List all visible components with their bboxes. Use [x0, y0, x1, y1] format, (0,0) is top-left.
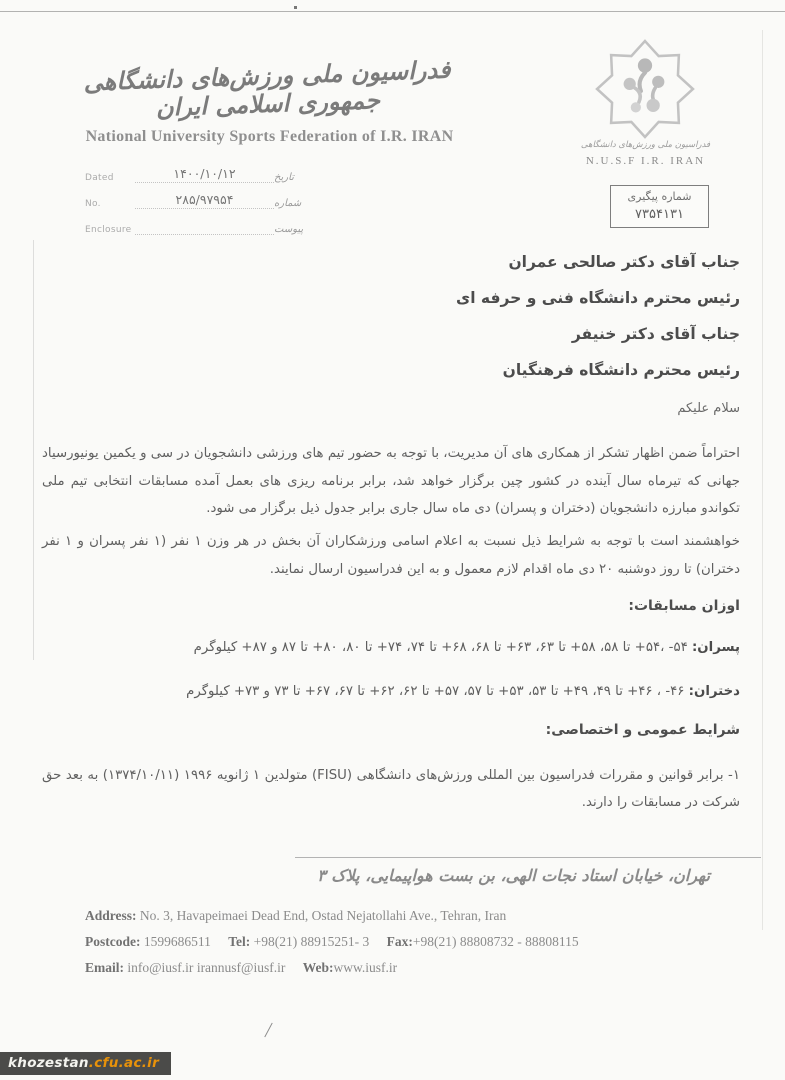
watermark-suffix: .cfu.ac.ir	[89, 1055, 159, 1071]
footer-phone-line: Postcode: 1599686511 Tel: +98(21) 889152…	[85, 929, 745, 955]
body-paragraph-2: خواهشمند است با توجه به شرایط ذیل نسبت ب…	[42, 528, 740, 583]
condition-item-1: ۱- برابر قوانین و مقررات فدراسیون بین ال…	[42, 762, 740, 816]
conditions-heading: شرایط عمومی و اختصاصی:	[546, 722, 740, 738]
recipient-title-1: رئیس محترم دانشگاه فنی و حرفه ای	[300, 280, 740, 316]
meta-row-dated: Dated ۱۴۰۰/۱۰/۱۲ تاریخ	[85, 166, 310, 183]
tracking-number: ۷۳۵۴۱۳۱	[615, 207, 704, 222]
address-label: Address:	[85, 908, 137, 923]
email-label: Email:	[85, 960, 124, 975]
weights-boys-label: پسران:	[692, 640, 740, 655]
postcode-label: Postcode:	[85, 934, 140, 949]
eight-point-star-icon	[594, 38, 696, 140]
weights-girls-values: ۴۶- ، ۴۶+ تا ۴۹، ۴۹+ تا ۵۳، ۵۳+ تا ۵۷، ۵…	[186, 684, 689, 699]
footer-contact-block: Address: No. 3, Havapeimaei Dead End, Os…	[85, 903, 745, 981]
recipient-name-1: جناب آقای دکتر صالحی عمران	[300, 244, 740, 280]
weights-boys-line: پسران: ۵۴- ،۵۴+ تا ۵۸، ۵۸+ تا ۶۳، ۶۳+ تا…	[42, 640, 740, 655]
postcode-value: 1599686511	[144, 934, 211, 949]
enclosure-label-fa: پیوست	[274, 224, 310, 235]
footer-address-fa: تهران، خیابان استاد نجات الهی، بن بست هو…	[317, 866, 710, 885]
scan-top-line	[0, 11, 785, 12]
dated-label-en: Dated	[85, 173, 135, 183]
footer-email-line: Email: info@iusf.ir irannusf@iusf.ir Web…	[85, 955, 745, 981]
scan-slash-artifact	[264, 1023, 272, 1038]
logo-caption-fa: فدراسیون ملی ورزش‌های دانشگاهی	[578, 140, 713, 150]
email-value-2: irannusf@iusf.ir	[197, 960, 286, 975]
footer-divider	[295, 857, 761, 858]
meta-row-number: No. ۲۸۵/۹۷۹۵۴ شماره	[85, 192, 310, 209]
logo-caption-en: N.U.S.F I.R. IRAN	[578, 155, 713, 167]
federation-title-fa: فدراسیون ملی ورزش‌های دانشگاهی جمهوری اس…	[69, 55, 466, 125]
recipients-block: جناب آقای دکتر صالحی عمران رئیس محترم دا…	[300, 244, 740, 388]
recipient-title-2: رئیس محترم دانشگاه فرهنگیان	[300, 352, 740, 388]
scanned-letter-page: فدراسیون ملی ورزش‌های دانشگاهی جمهوری اس…	[0, 0, 785, 1080]
body-paragraph-1: احتراماً ضمن اظهار تشکر از همکاری های آن…	[42, 440, 740, 523]
fax-label: Fax:	[387, 934, 413, 949]
footer-address-line: Address: No. 3, Havapeimaei Dead End, Os…	[85, 903, 745, 929]
address-value: No. 3, Havapeimaei Dead End, Ostad Nejat…	[140, 908, 506, 923]
number-value: ۲۸۵/۹۷۹۵۴	[135, 192, 274, 209]
tel-value: +98(21) 88915251- 3	[254, 934, 370, 949]
fax-value: +98(21) 88808732 - 88808115	[413, 934, 579, 949]
scan-dot-artifact	[294, 6, 297, 9]
web-label: Web:	[303, 960, 334, 975]
scan-left-edge-line	[33, 240, 34, 660]
number-label-fa: شماره	[274, 198, 310, 209]
federation-logo	[594, 38, 696, 140]
meta-row-enclosure: Enclosure پیوست	[85, 218, 310, 235]
tracking-number-box: شماره پیگیری ۷۳۵۴۱۳۱	[610, 185, 709, 228]
tracking-label: شماره پیگیری	[615, 190, 704, 203]
dated-label-fa: تاریخ	[274, 172, 310, 183]
letter-meta-block: Dated ۱۴۰۰/۱۰/۱۲ تاریخ No. ۲۸۵/۹۷۹۵۴ شما…	[85, 166, 310, 244]
weights-boys-values: ۵۴- ،۵۴+ تا ۵۸، ۵۸+ تا ۶۳، ۶۳+ تا ۶۸، ۶۸…	[194, 640, 692, 655]
recipient-name-2: جناب آقای دکتر خنیفر	[300, 316, 740, 352]
site-watermark: khozestan.cfu.ac.ir	[0, 1052, 171, 1075]
weights-girls-line: دختران: ۴۶- ، ۴۶+ تا ۴۹، ۴۹+ تا ۵۳، ۵۳+ …	[42, 684, 740, 699]
dated-value: ۱۴۰۰/۱۰/۱۲	[135, 166, 274, 183]
enclosure-value	[135, 233, 274, 235]
salutation: سلام علیکم	[677, 401, 740, 416]
tel-label: Tel:	[228, 934, 250, 949]
weights-girls-label: دختران:	[689, 684, 740, 699]
scan-right-edge-line	[762, 30, 763, 930]
weights-heading: اوزان مسابقات:	[628, 598, 740, 614]
federation-title-en: National University Sports Federation of…	[72, 128, 467, 146]
enclosure-label-en: Enclosure	[85, 225, 135, 235]
watermark-main: khozestan	[8, 1055, 89, 1071]
number-label-en: No.	[85, 199, 135, 209]
email-value-1: info@iusf.ir	[127, 960, 193, 975]
web-value: www.iusf.ir	[334, 960, 398, 975]
